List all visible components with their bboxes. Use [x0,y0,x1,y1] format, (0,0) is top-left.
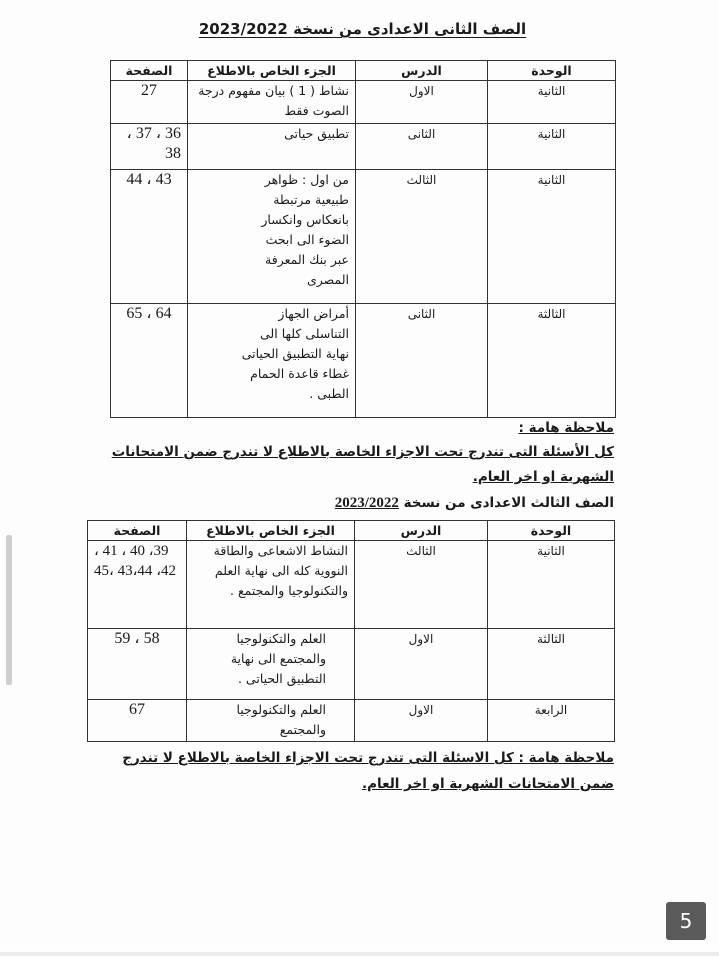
table-row: الثالثة الثانى أمراض الجهاز التناسلى كله… [111,304,616,418]
section2-note: ملاحظة هامة : كل الاسئلة التى تندرج تحت … [99,745,614,797]
note-heading: ملاحظة هامة : [519,420,614,436]
cell-unit: الثانية [488,81,616,124]
table-row: الثانية الثالث النشاط الاشعاعى والطاقة ا… [88,541,615,629]
section2-title-text: الصف الثالث الاعدادى من نسخة [404,495,614,511]
cell-pages: 36 ، 37 ، 38 [111,124,188,170]
document-page: الصف الثانى الاعدادى من نسخة 2023/2022 ا… [0,0,719,945]
section1-table: الوحدة الدرس الجزء الخاص بالاطلاع الصفحة… [110,60,616,418]
cell-unit: الثالثة [488,629,615,700]
cell-lesson: الثالث [355,541,488,629]
header-unit: الوحدة [488,521,615,541]
cell-lesson: الثانى [356,304,488,418]
table-row: الثانية الاول نشاط ( 1 ) بيان مفهوم درجة… [111,81,616,124]
table-row: الرابعة الاول العلم والتكنولوجيا والمجتم… [88,700,615,742]
section2-table: الوحدة الدرس الجزء الخاص بالاطلاع الصفحة… [87,520,615,742]
cell-part: العلم والتكنولوجيا والمجتمع [187,700,355,742]
cell-lesson: الاول [355,700,488,742]
header-pages: الصفحة [88,521,187,541]
table-row: الثالثة الاول العلم والتكنولوجيا والمجتم… [88,629,615,700]
note-text: كل الأسئلة التى تندرج تحت الاجزاء الخاصة… [109,440,614,490]
cell-pages: 27 [111,81,188,124]
cell-pages: 67 [88,700,187,742]
cell-lesson: الثالث [356,170,488,304]
header-lesson: الدرس [355,521,488,541]
cell-part: من اول : ظواهر طبيعية مرتبطة بانعكاس وان… [188,170,356,304]
header-part: الجزء الخاص بالاطلاع [187,521,355,541]
cell-part: النشاط الاشعاعى والطاقة النووية كله الى … [187,541,355,629]
cell-lesson: الثانى [356,124,488,170]
header-pages: الصفحة [111,61,188,81]
header-unit: الوحدة [488,61,616,81]
cell-unit: الثانية [488,170,616,304]
bottom-divider [0,952,719,956]
cell-unit: الثانية [488,124,616,170]
cell-unit: الثالثة [488,304,616,418]
cell-pages: 64 ، 65 [111,304,188,418]
cell-part: العلم والتكنولوجيا والمجتمع الى نهاية ال… [187,629,355,700]
scrollbar[interactable] [6,535,12,685]
section2-title: الصف الثالث الاعدادى من نسخة 2023/2022 [335,495,614,512]
table-header-row: الوحدة الدرس الجزء الخاص بالاطلاع الصفحة [111,61,616,81]
cell-lesson: الاول [355,629,488,700]
section2-title-year: 2023/2022 [335,495,399,511]
cell-lesson: الاول [356,81,488,124]
header-lesson: الدرس [356,61,488,81]
table-header-row: الوحدة الدرس الجزء الخاص بالاطلاع الصفحة [88,521,615,541]
cell-unit: الثانية [488,541,615,629]
cell-part: نشاط ( 1 ) بيان مفهوم درجة الصوت فقط [188,81,356,124]
cell-pages: 43 ، 44 [111,170,188,304]
table-row: الثانية الثالث من اول : ظواهر طبيعية مرت… [111,170,616,304]
page-number-badge: 5 [666,902,706,940]
cell-unit: الرابعة [488,700,615,742]
header-part: الجزء الخاص بالاطلاع [188,61,356,81]
section1-title: الصف الثانى الاعدادى من نسخة 2023/2022 [110,20,615,38]
cell-pages: 39، 40 ، 41 ، 42، 43،44 ،45 [88,541,187,629]
cell-part: أمراض الجهاز التناسلى كلها الى نهاية الت… [188,304,356,418]
cell-part: تطبيق حياتى [188,124,356,170]
table-row: الثانية الثانى تطبيق حياتى 36 ، 37 ، 38 [111,124,616,170]
cell-pages: 58 ، 59 [88,629,187,700]
